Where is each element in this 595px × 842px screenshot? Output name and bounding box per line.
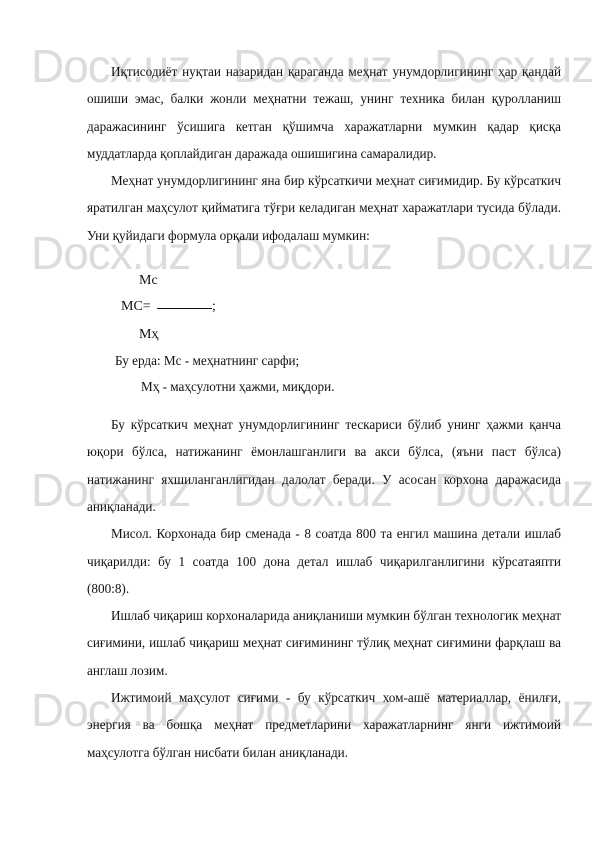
formula-definition-mc: Бу ерда: Мс - меҳнатнинг сарфи;	[115, 351, 299, 371]
document-page: Docx.uz Docx.uz Docx.uz Docx.uz Docx.uz …	[0, 0, 595, 842]
labor-intensity-formula: Мс МС= ; Мҳ Бу ерда: Мс - меҳнатнинг сар…	[87, 271, 561, 381]
body-after-formula: Бу кўрсаткич меҳнат унумдорлигининг теск…	[87, 411, 561, 766]
paragraph-inverse-indicator: Бу кўрсаткич меҳнат унумдорлигининг теск…	[87, 411, 561, 520]
paragraph-social-product-intensity: Ижтимоий маҳсулот сиғими - бу кўрсаткич …	[87, 684, 561, 766]
paragraph-labor-intensity: Меҳнат унумдорлигининг яна бир кўрсаткич…	[87, 167, 561, 249]
paragraph-technological-intensity: Ишлаб чиқариш корхоналарида аниқланиши м…	[87, 602, 561, 684]
formula-denominator: Мҳ	[139, 325, 158, 345]
formula-numerator: Мс	[139, 271, 158, 291]
formula-lhs: МС=	[121, 297, 151, 317]
paragraph-example: Мисол. Корхонада бир сменада - 8 соатда …	[87, 520, 561, 602]
fraction-bar	[157, 308, 212, 309]
formula-definition-mh: Мҳ - маҳсулотни ҳажми, миқдори.	[141, 377, 335, 397]
document-body: Иқтисодиёт нуқтаи назаридан қараганда ме…	[87, 58, 561, 766]
formula-terminator: ;	[212, 297, 216, 317]
paragraph-productivity-efficiency: Иқтисодиёт нуқтаи назаридан қараганда ме…	[87, 58, 561, 167]
